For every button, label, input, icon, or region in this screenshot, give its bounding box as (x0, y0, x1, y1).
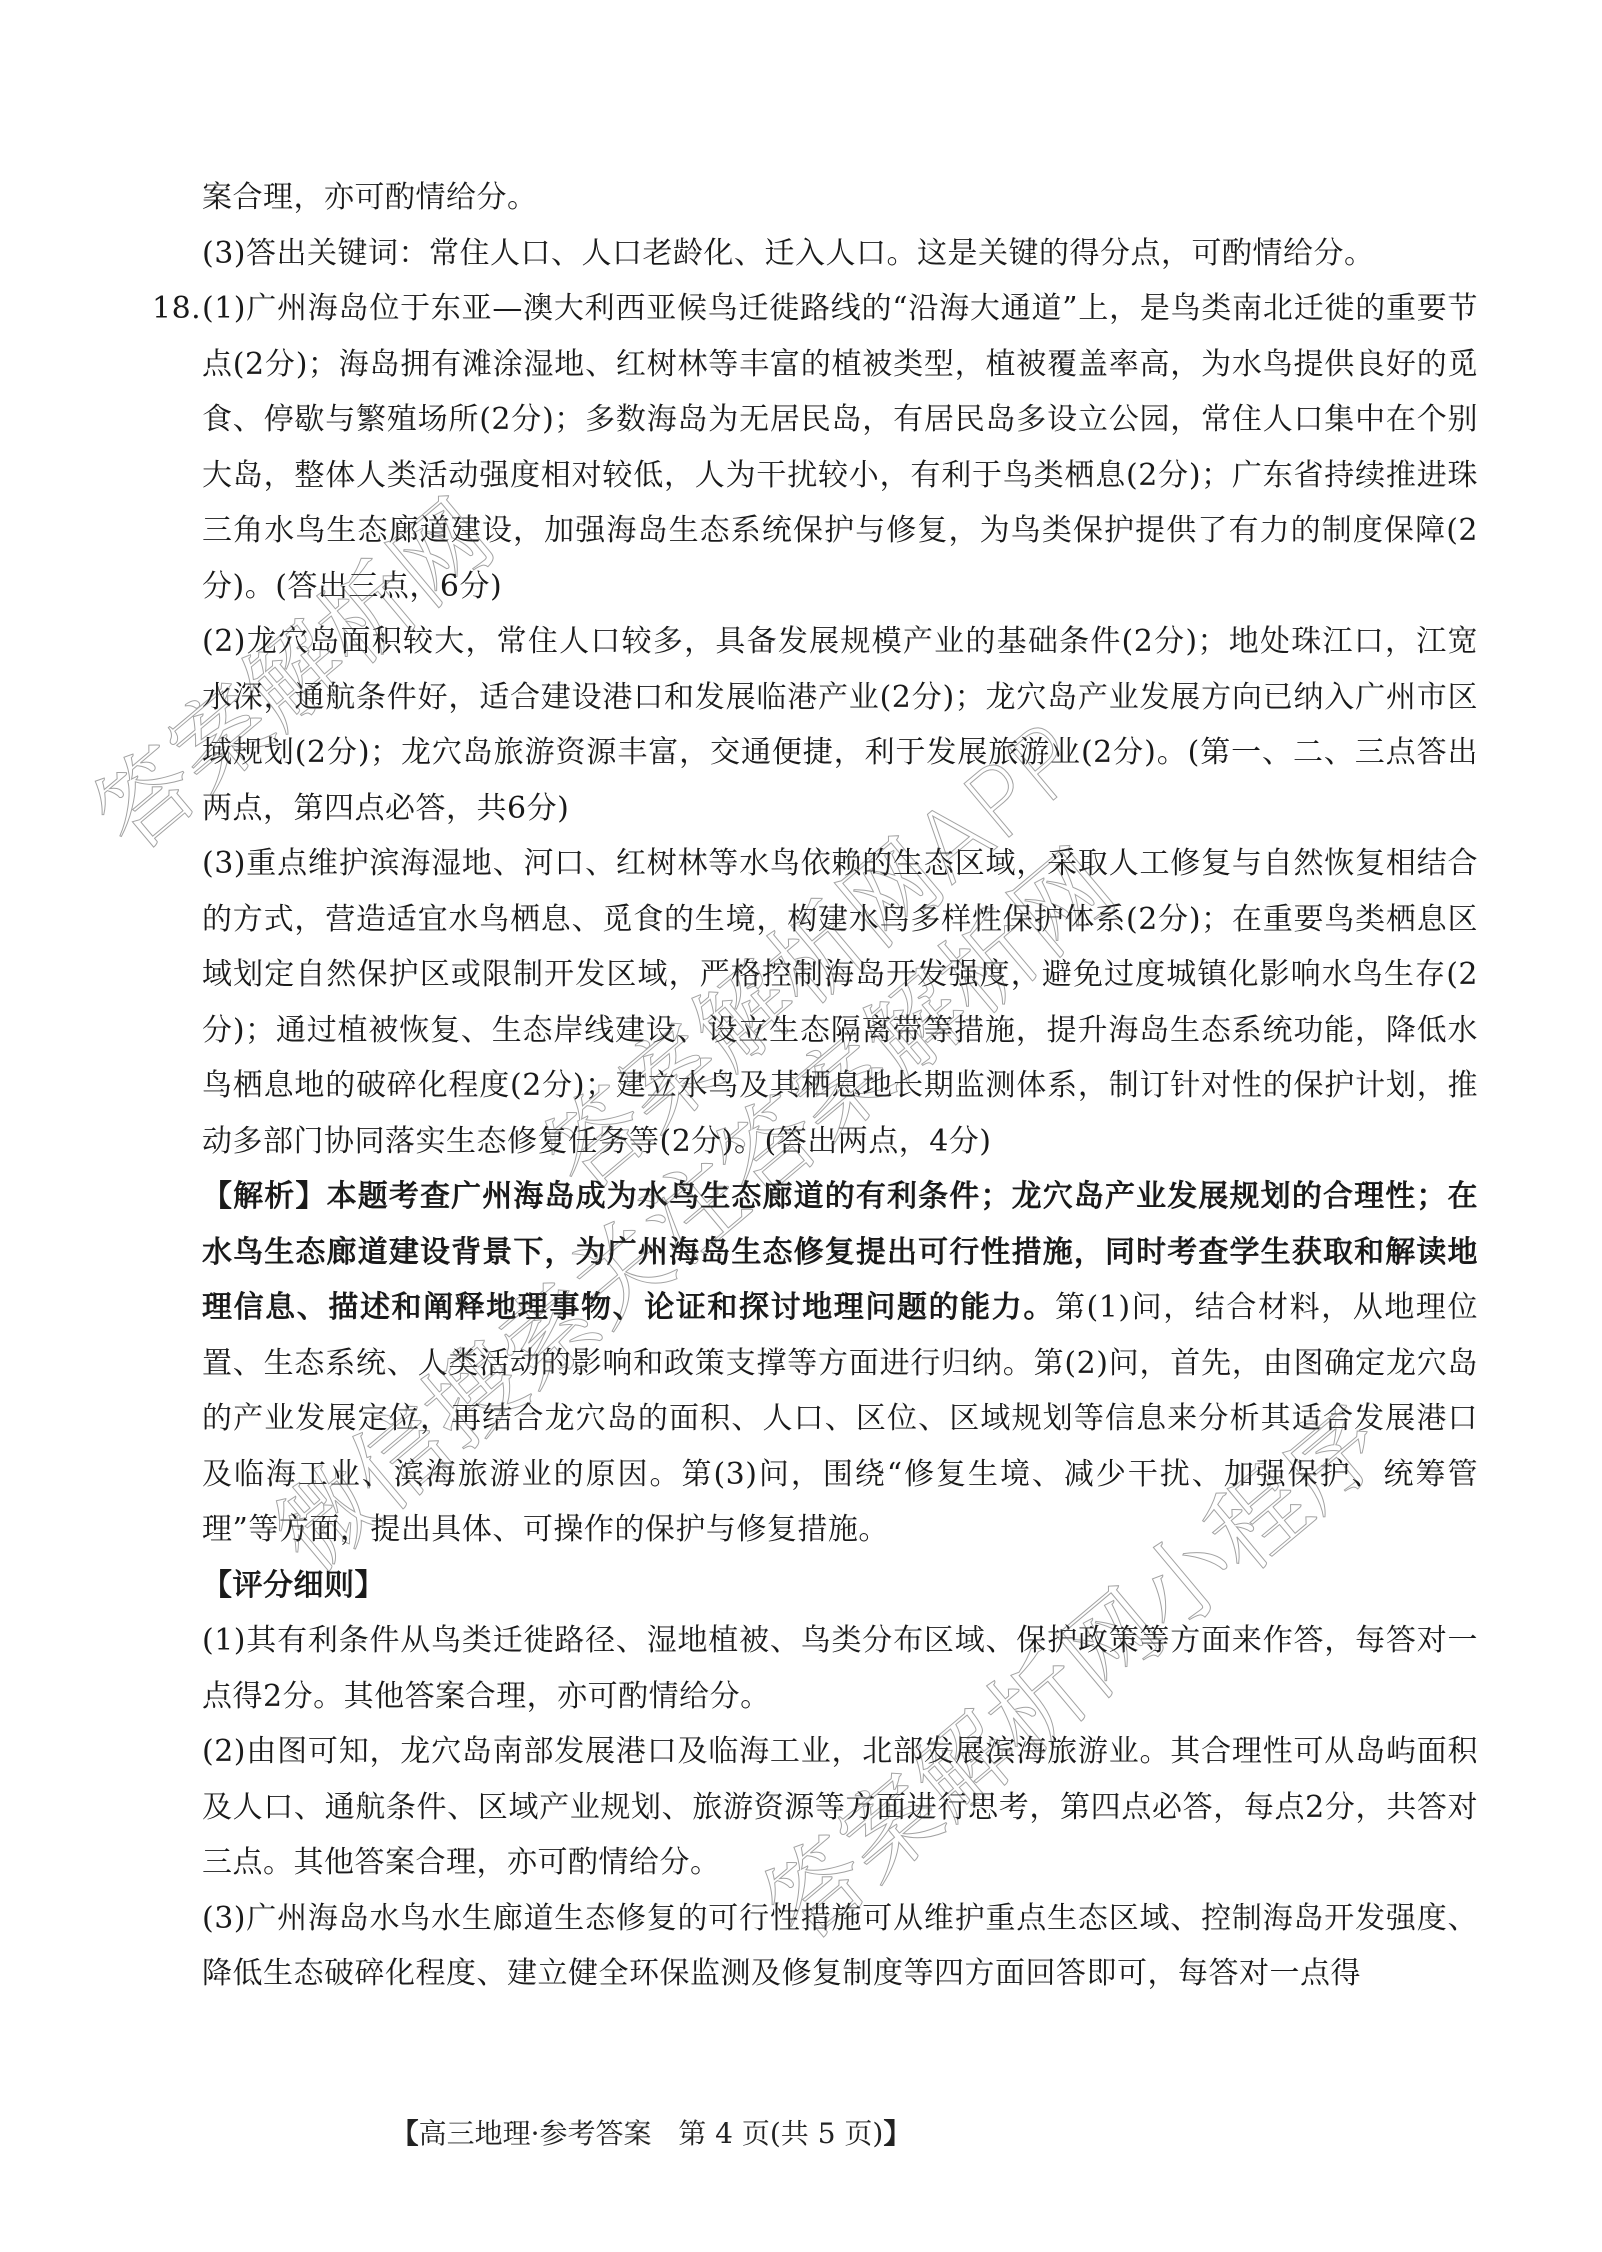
question-18: 18. (1)广州海岛位于东亚—澳大利西亚候鸟迁徙路线的“沿海大通道”上，是鸟类… (202, 281, 1478, 614)
question-number: 18. (152, 281, 201, 337)
q17-part3-scoring: (3)答出关键词：常住人口、人口老龄化、迁入人口。这是关键的得分点，可酌情给分。 (202, 226, 1478, 282)
scoring-item-1: (1)其有利条件从鸟类迁徙路径、湿地植被、鸟类分布区域、保护政策等方面来作答，每… (202, 1613, 1478, 1724)
footer-page-info: 第 4 页(共 5 页) (678, 2117, 883, 2150)
q18-part2-answer: (2)龙穴岛面积较大，常住人口较多，具备发展规模产业的基础条件(2分)；地处珠江… (202, 614, 1478, 836)
q18-part3-answer: (3)重点维护滨海湿地、河口、红树林等水鸟依赖的生态区域，采取人工修复与自然恢复… (202, 836, 1478, 1169)
scoring-item-2: (2)由图可知，龙穴岛南部发展港口及临海工业，北部发展滨海旅游业。其合理性可从岛… (202, 1724, 1478, 1891)
page-footer: 【高三地理·参考答案 第 4 页(共 5 页)】 (0, 2112, 1602, 2152)
document-page: 案合理，亦可酌情给分。 (3)答出关键词：常住人口、人口老龄化、迁入人口。这是关… (0, 0, 1602, 2252)
analysis-label: 【解析】 (202, 1179, 327, 1214)
footer-open-bracket: 【 (391, 2117, 419, 2150)
continuation-line: 案合理，亦可酌情给分。 (202, 170, 1478, 226)
q18-part1-answer: (1)广州海岛位于东亚—澳大利西亚候鸟迁徙路线的“沿海大通道”上，是鸟类南北迁徙… (202, 281, 1478, 614)
scoring-heading: 【评分细则】 (202, 1558, 1478, 1614)
analysis-detail: 第(1)问，结合材料，从地理位置、生态系统、人类活动的影响和政策支撑等方面进行归… (202, 1290, 1478, 1547)
footer-close-bracket: 】 (883, 2117, 911, 2150)
analysis-section: 【解析】本题考查广州海岛成为水鸟生态廊道的有利条件；龙穴岛产业发展规划的合理性；… (202, 1169, 1478, 1558)
scoring-item-3: (3)广州海岛水鸟水生廊道生态修复的可行性措施可从维护重点生态区域、控制海岛开发… (202, 1891, 1478, 2002)
answer-content: 案合理，亦可酌情给分。 (3)答出关键词：常住人口、人口老龄化、迁入人口。这是关… (202, 170, 1478, 2002)
footer-subject: 高三地理·参考答案 (419, 2117, 652, 2150)
